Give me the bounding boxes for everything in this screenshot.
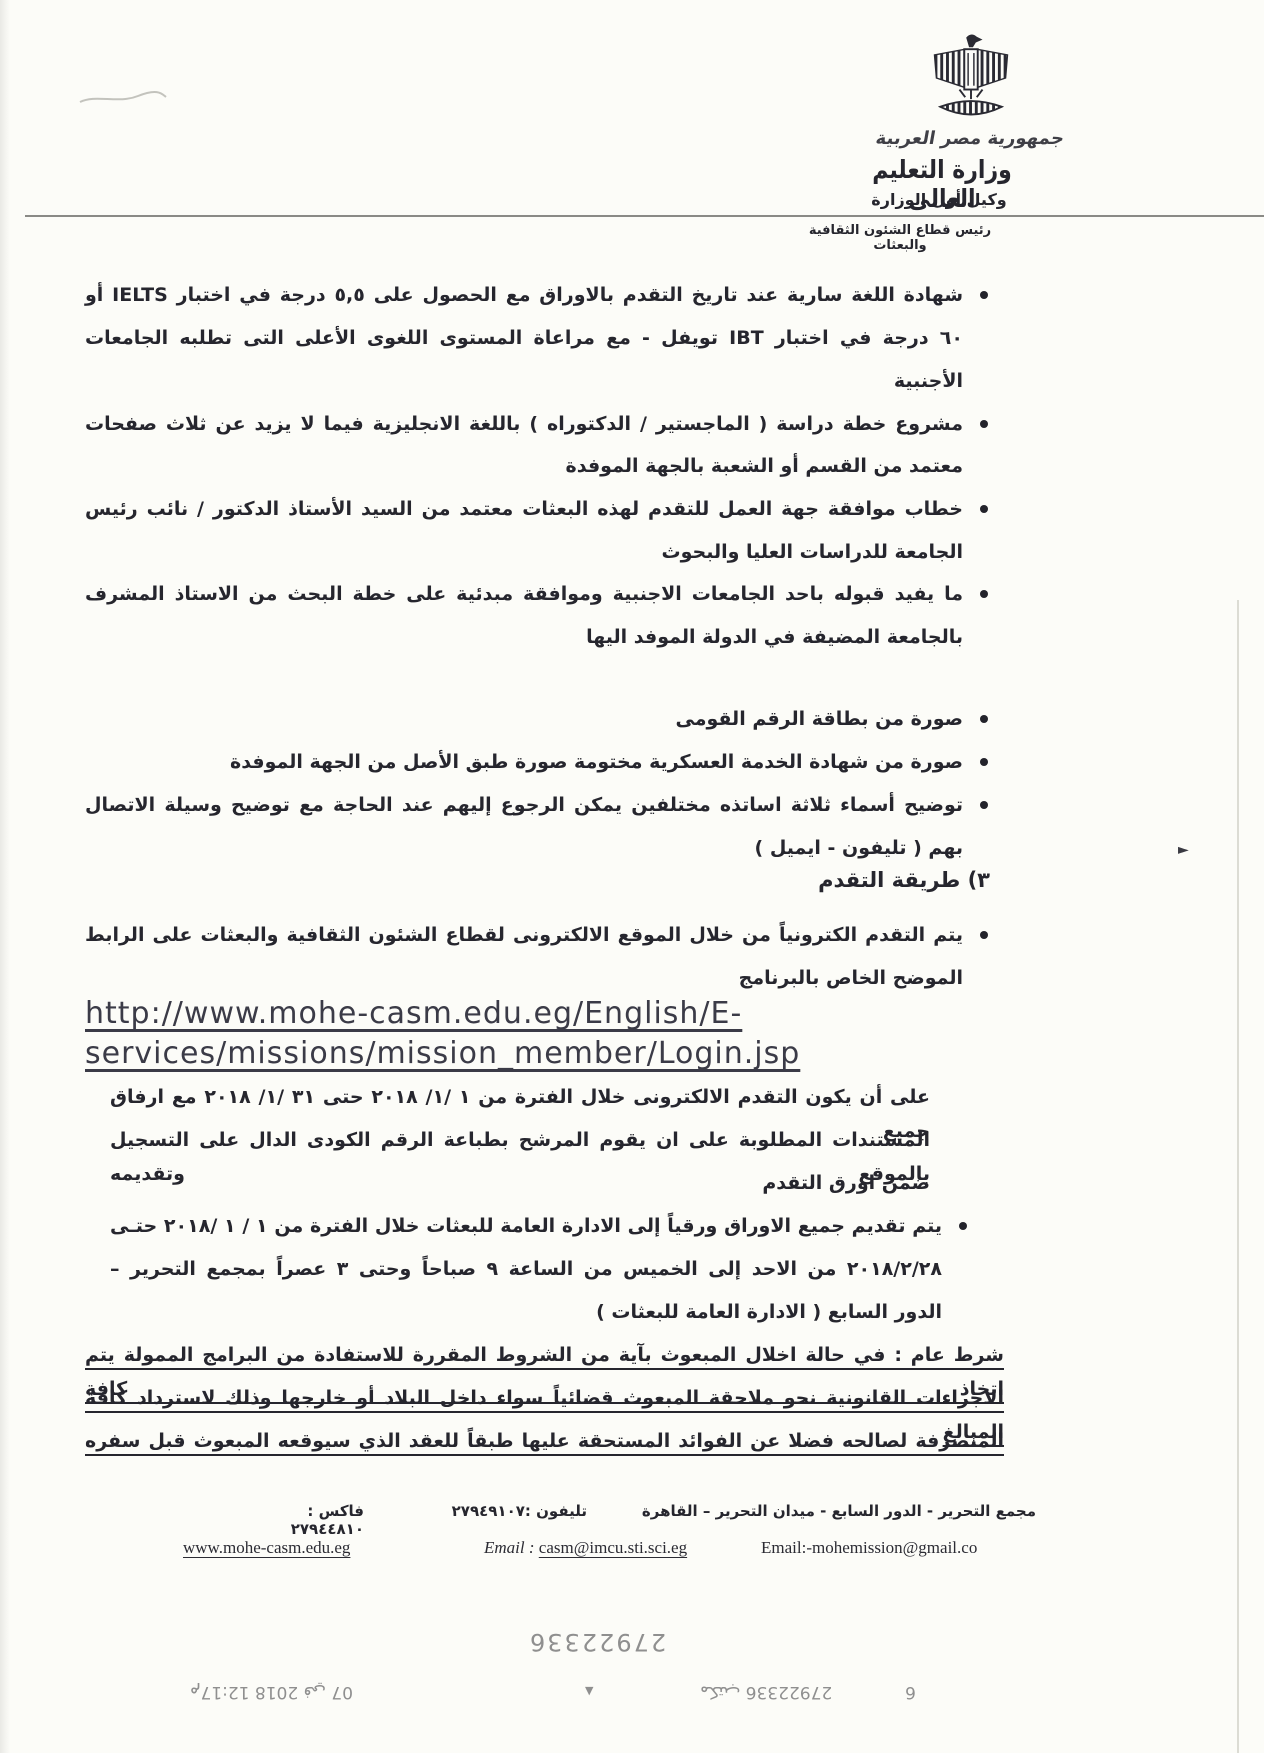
fax-stamp-datetime: م12:17 2018 في 07 — [190, 1682, 353, 1702]
paper-text: يتم تقديم جميع الاوراق ورقياً إلى الادار… — [110, 1215, 942, 1237]
requirement-line: صورة من بطاقة الرقم القومى — [85, 702, 963, 736]
eperiod-text: ضمن اورق التقدم — [762, 1172, 930, 1194]
bullet-icon — [980, 715, 988, 723]
paper-text: ٢٠١٨/٢/٢٨ من الاحد إلى الخميس من الساعة … — [110, 1258, 942, 1280]
section-heading: ٣) طريقة التقدم — [818, 868, 990, 892]
condition-line: المنصرفة لصالحه فضلا عن الفوائد المستحقة… — [85, 1424, 1004, 1458]
method-line: الموضح الخاص بالبرنامج — [85, 961, 963, 995]
requirement-text: صورة من بطاقة الرقم القومى — [675, 708, 963, 730]
requirement-text: بهم ( تليفون - ايميل ) — [755, 837, 963, 859]
requirement-line: مشروع خطة دراسة ( الماجستير / الدكتوراه … — [85, 407, 963, 441]
requirement-line: ٦٠ درجة في اختبار IBT تويفل - مع مراعاة … — [85, 321, 963, 355]
egypt-eagle-emblem-icon — [923, 30, 1019, 126]
footer-address: مجمع التحرير - الدور السابع - ميدان التح… — [621, 1502, 1036, 1520]
method-text: الموضح الخاص بالبرنامج — [739, 967, 963, 989]
requirement-line: ما يفيد قبوله باحد الجامعات الاجنبية ومو… — [85, 577, 963, 611]
application-url-line1: http://www.mohe-casm.edu.eg/English/E- — [85, 996, 742, 1031]
requirement-text: معتمد من القسم أو الشعبة بالجهة الموفدة — [566, 455, 963, 477]
requirement-line: بهم ( تليفون - ايميل ) — [85, 831, 963, 865]
scanned-document-page: ► جمهورية مصر العربية وزارة التعليم العا… — [0, 0, 1264, 1753]
requirement-text: بالجامعة المضيفة في الدولة الموفد اليها — [586, 626, 963, 648]
bullet-icon — [980, 590, 988, 598]
footer-fax: فاكس : ٢٧٩٤٤٨١٠ — [239, 1502, 364, 1538]
bullet-icon — [980, 420, 988, 428]
requirement-line: شهادة اللغة سارية عند تاريخ التقدم بالاو… — [85, 278, 963, 312]
requirement-text: الأجنبية — [894, 370, 963, 392]
sector-head-title: رئيس قطاع الشئون الثقافية والبعثات — [800, 223, 1000, 253]
email-label: Email : — [484, 1538, 535, 1557]
paper-line: يتم تقديم جميع الاوراق ورقياً إلى الادار… — [110, 1209, 942, 1243]
requirement-line: خطاب موافقة جهة العمل للتقدم لهذه البعثا… — [85, 492, 963, 526]
bullet-icon — [980, 291, 988, 299]
fax-stamp-number-large: 27922336 — [528, 1628, 666, 1656]
scan-edge-left — [0, 0, 10, 1753]
bullet-icon — [959, 1222, 967, 1230]
undersecretary-title: وكيل أول الوزارة — [839, 190, 1039, 209]
bullet-icon — [980, 758, 988, 766]
scan-edge-right-line — [1237, 600, 1239, 1753]
requirement-line: معتمد من القسم أو الشعبة بالجهة الموفدة — [85, 449, 963, 483]
pencil-squiggle-mark — [78, 90, 168, 106]
bullet-icon — [980, 931, 988, 939]
paper-line: الدور السابع ( الادارة العامة للبعثات ) — [110, 1295, 942, 1329]
condition-text: المنصرفة لصالحه فضلا عن الفوائد المستحقة… — [85, 1430, 1004, 1452]
method-text: يتم التقدم الكترونياً من خلال الموقع الا… — [85, 924, 963, 946]
footer-email2: Email:-mohemission@gmail.co — [761, 1538, 977, 1558]
paper-text: الدور السابع ( الادارة العامة للبعثات ) — [596, 1301, 942, 1323]
requirement-text: توضيح أسماء ثلاثة اساتذه مختلفين يمكن ال… — [85, 794, 963, 816]
requirement-text: ما يفيد قبوله باحد الجامعات الاجنبية ومو… — [85, 583, 963, 605]
requirement-line: الجامعة للدراسات العليا والبحوث — [85, 535, 963, 569]
requirement-text: مشروع خطة دراسة ( الماجستير / الدكتوراه … — [85, 413, 963, 435]
footer-phone: تليفون :٢٧٩٤٩١٠٧ — [442, 1502, 587, 1520]
method-line: يتم التقدم الكترونياً من خلال الموقع الا… — [85, 918, 963, 952]
application-url-line2: services/missions/mission_member/Login.j… — [85, 1036, 800, 1071]
requirement-text: الجامعة للدراسات العليا والبحوث — [662, 541, 964, 563]
requirement-text: صورة من شهادة الخدمة العسكرية مختومة صور… — [230, 751, 963, 773]
fax-stamp-number-small: مكتب 27922336 — [700, 1682, 832, 1702]
requirement-text: ٦٠ درجة في اختبار IBT تويفل - مع مراعاة … — [85, 327, 963, 349]
republic-script-title: جمهورية مصر العربية — [848, 128, 1092, 149]
fax-stamp-arrow-icon: ▼ — [585, 1684, 593, 1697]
email1-address: casm@imcu.sti.sci.eg — [539, 1538, 687, 1557]
footer-email1: Email : casm@imcu.sti.sci.eg — [484, 1538, 687, 1558]
requirement-text: شهادة اللغة سارية عند تاريخ التقدم بالاو… — [85, 284, 963, 306]
margin-arrow-icon: ► — [1178, 842, 1189, 858]
eperiod-line: ضمن اورق التقدم — [110, 1166, 930, 1200]
requirement-line: توضيح أسماء ثلاثة اساتذه مختلفين يمكن ال… — [85, 788, 963, 822]
requirement-text: خطاب موافقة جهة العمل للتقدم لهذه البعثا… — [85, 498, 963, 520]
paper-line: ٢٠١٨/٢/٢٨ من الاحد إلى الخميس من الساعة … — [110, 1252, 942, 1286]
requirement-line: صورة من شهادة الخدمة العسكرية مختومة صور… — [85, 745, 963, 779]
bullet-icon — [980, 505, 988, 513]
requirement-line: بالجامعة المضيفة في الدولة الموفد اليها — [85, 620, 963, 654]
footer-website: www.mohe-casm.edu.eg — [183, 1538, 350, 1558]
bullet-icon — [980, 801, 988, 809]
fax-stamp-page-number: 6 — [905, 1682, 916, 1702]
requirement-line: الأجنبية — [85, 364, 963, 398]
header-divider — [25, 215, 1264, 217]
